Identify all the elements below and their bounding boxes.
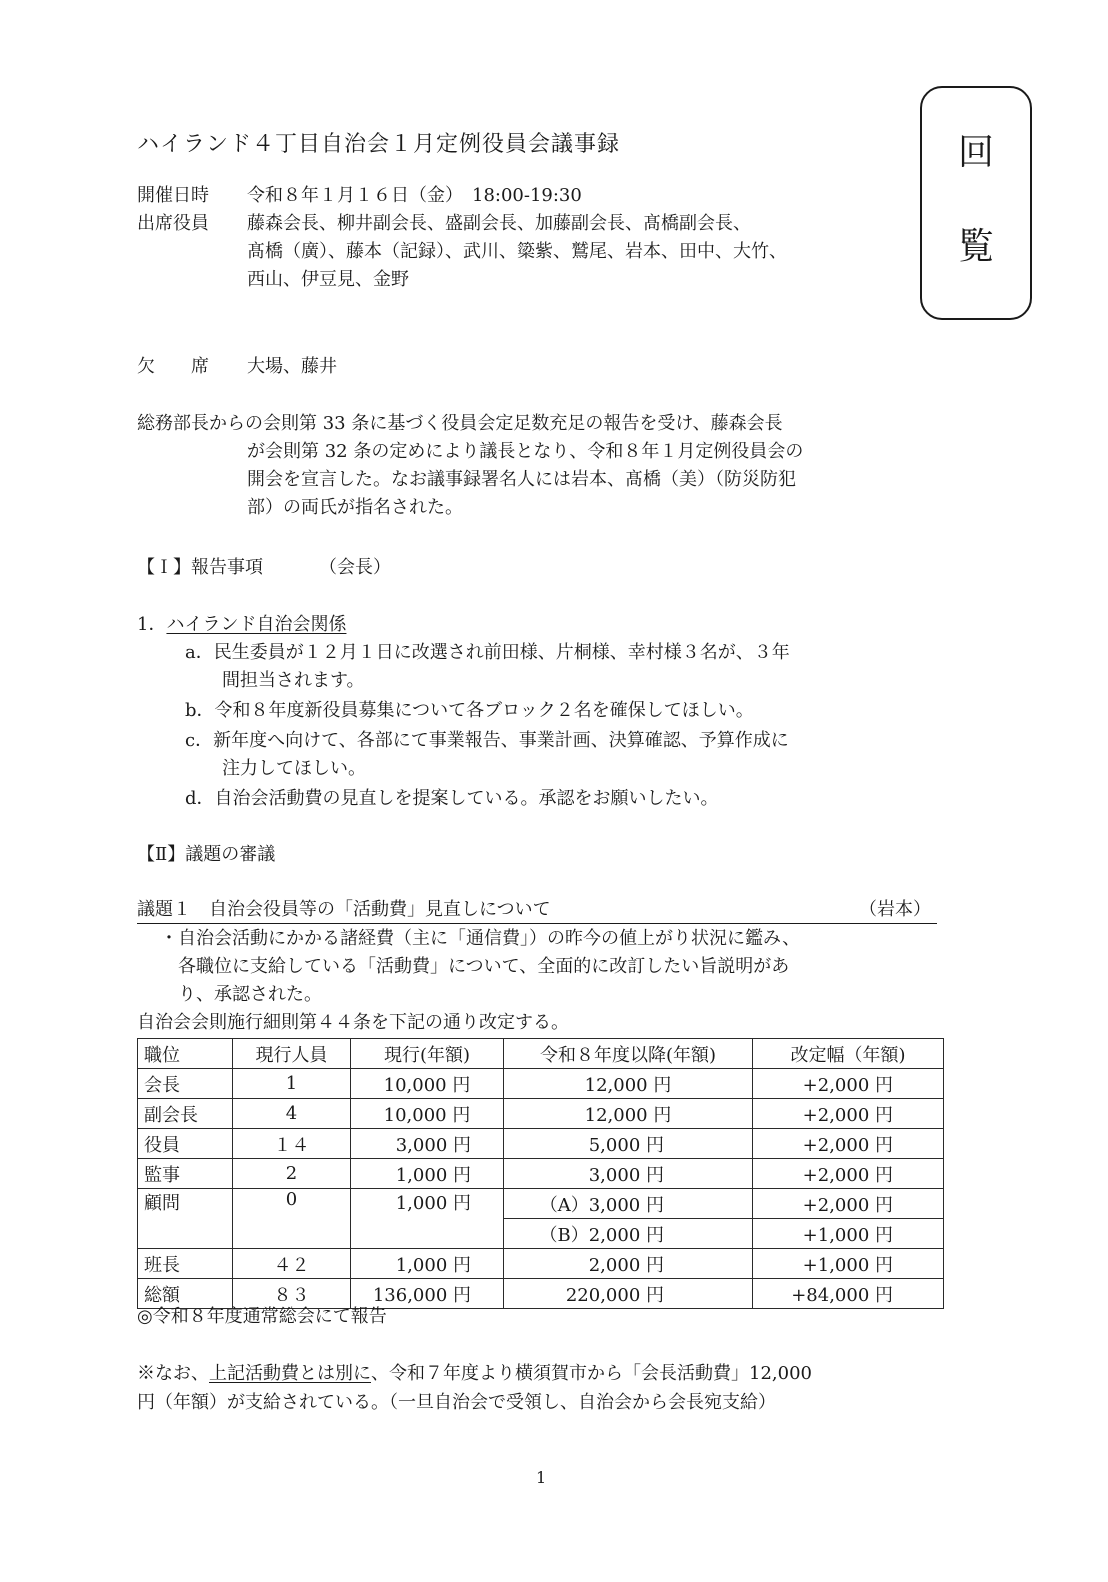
cell-count: １４ (233, 1129, 351, 1159)
after-table-note: ◎令和８年度通常総会にて報告 (137, 1305, 387, 1329)
subitem-a-line-2: 間担当されます。 (222, 669, 365, 693)
opening-line-3: 開会を宣言した。なお議事録署名人には岩本、髙橋（美）（防災防犯 (247, 468, 796, 492)
opening-line-2: が会則第 32 条の定めにより議長となり、令和８年１月定例役員会の (247, 440, 803, 464)
table-row: 監事 2 1,000 円 3,000 円 +2,000 円 (138, 1159, 944, 1189)
cell-new: （B）2,000 円 (504, 1219, 753, 1249)
agenda-1-title-row: 議題１ 自治会役員等の「活動費」見直しについて （岩本） (137, 898, 937, 924)
report-item-number: 1． (137, 614, 166, 635)
attendees-row: 出席役員藤森会長、柳井副会長、盛副会長、加藤副会長、髙橋副会長、 (137, 212, 751, 236)
cell-new: 12,000 円 (504, 1069, 753, 1099)
cell-diff: +1,000 円 (753, 1249, 944, 1279)
report-item-1: 1．ハイランド自治会関係 (137, 613, 346, 637)
cell-new: 5,000 円 (504, 1129, 753, 1159)
cell-current: 1,000 円 (351, 1249, 504, 1279)
agenda-1-presenter: （岩本） (859, 898, 931, 922)
activity-fee-table: 職位 現行人員 現行(年額) 令和８年度以降(年額) 改定幅（年額) 会長 1 … (137, 1038, 944, 1309)
cell-diff: +2,000 円 (753, 1069, 944, 1099)
cell-current: 1,000 円 (351, 1159, 504, 1189)
header-count: 現行人員 (233, 1039, 351, 1069)
cell-diff: +2,000 円 (753, 1099, 944, 1129)
note-line-2: 円（年額）が支給されている。（一旦自治会で受領し、自治会から会長宛支給） (137, 1391, 776, 1415)
table-row: 役員 １４ 3,000 円 5,000 円 +2,000 円 (138, 1129, 944, 1159)
table-row: 顧問 0 1,000 円 （A）3,000 円 +2,000 円 (138, 1189, 944, 1219)
cell-diff: +2,000 円 (753, 1189, 944, 1219)
cell-count: 0 (233, 1189, 351, 1249)
section1-presenter: （会長） (319, 557, 391, 578)
header-new: 令和８年度以降(年額) (504, 1039, 753, 1069)
cell-new: 3,000 円 (504, 1159, 753, 1189)
table-header-row: 職位 現行人員 現行(年額) 令和８年度以降(年額) 改定幅（年額) (138, 1039, 944, 1069)
subitem-c-line-2: 注力してほしい。 (222, 757, 366, 781)
report-item-title: ハイランド自治会関係 (166, 614, 346, 635)
attendees-label: 出席役員 (137, 212, 247, 236)
cell-position: 監事 (138, 1159, 233, 1189)
opening-line-1: 総務部長からの会則第 33 条に基づく役員会定足数充足の報告を受け、藤森会長 (137, 412, 783, 436)
absent-row: 欠 席大場、藤井 (137, 355, 337, 379)
agenda-bullet-line-1: ・自治会活動にかかる諸経費（主に「通信費」）の昨今の値上がり状況に鑑み、 (160, 927, 800, 951)
cell-current: 10,000 円 (351, 1069, 504, 1099)
header-position: 職位 (138, 1039, 233, 1069)
subitem-a: a．民生委員が１２月１日に改選され前田様、片桐様、幸村様３名が、３年 (185, 641, 790, 665)
cell-new: （A）3,000 円 (504, 1189, 753, 1219)
cell-position: 会長 (138, 1069, 233, 1099)
opening-line-4: 部）の両氏が指名された。 (247, 496, 463, 520)
note-prefix: ※なお、 (137, 1363, 209, 1384)
cell-new: 12,000 円 (504, 1099, 753, 1129)
date-value: 令和８年１月１６日（金） 18:00-19:30 (247, 185, 582, 206)
subitem-c-line-1: 新年度へ向けて、各部にて事業報告、事業計画、決算確認、予算作成に (213, 730, 789, 751)
cell-current: 10,000 円 (351, 1099, 504, 1129)
subitem-c-marker: c． (185, 730, 213, 751)
attendees-line-3: 西山、伊豆見、金野 (247, 268, 409, 292)
header-current: 現行(年額) (351, 1039, 504, 1069)
agenda-bullet-line-2: 各職位に支給している「活動費」について、全面的に改訂したい旨説明があ (178, 955, 789, 979)
cell-count: ８３ (233, 1279, 351, 1309)
agenda-bullet-line-3: り、承認された。 (178, 983, 322, 1007)
page-number: 1 (536, 1468, 546, 1487)
table-row: 班長 ４２ 1,000 円 2,000 円 +1,000 円 (138, 1249, 944, 1279)
cell-count: 2 (233, 1159, 351, 1189)
note-underlined: 上記活動費とは別に (209, 1363, 371, 1384)
cell-count: 4 (233, 1099, 351, 1129)
cell-diff: +2,000 円 (753, 1159, 944, 1189)
subitem-a-line-1: 民生委員が１２月１日に改選され前田様、片桐様、幸村様３名が、３年 (214, 642, 790, 663)
cell-current: 1,000 円 (351, 1189, 504, 1249)
subitem-b-marker: b． (185, 700, 215, 721)
stamp-char-2: 覧 (922, 218, 1030, 269)
header-diff: 改定幅（年額) (753, 1039, 944, 1069)
cell-count: ４２ (233, 1249, 351, 1279)
subitem-d-marker: d． (185, 788, 215, 809)
cell-position: 班長 (138, 1249, 233, 1279)
subitem-d-line-1: 自治会活動費の見直しを提案している。承認をお願いしたい。 (215, 788, 719, 809)
section2-heading: 【Ⅱ】議題の審議 (137, 843, 275, 867)
cell-current: 3,000 円 (351, 1129, 504, 1159)
table-total-row: 総額 ８３ 136,000 円 220,000 円 +84,000 円 (138, 1279, 944, 1309)
subitem-a-marker: a． (185, 642, 214, 663)
cell-current: 136,000 円 (351, 1279, 504, 1309)
table-row: 会長 1 10,000 円 12,000 円 +2,000 円 (138, 1069, 944, 1099)
note-line-1-rest: 、令和７年度より横須賀市から「会長活動費」12,000 (371, 1363, 812, 1384)
attendees-line-2: 髙橋（廣）、藤本（記録）、武川、簗紫、鷲尾、岩本、田中、大竹、 (247, 240, 787, 264)
date-label: 開催日時 (137, 184, 247, 208)
absent-label: 欠 席 (137, 355, 247, 379)
agenda-1-title: 議題１ 自治会役員等の「活動費」見直しについて (137, 899, 551, 920)
cell-new: 220,000 円 (504, 1279, 753, 1309)
note-line-1: ※なお、上記活動費とは別に、令和７年度より横須賀市から「会長活動費」12,000 (137, 1362, 812, 1386)
cell-diff: +1,000 円 (753, 1219, 944, 1249)
cell-new: 2,000 円 (504, 1249, 753, 1279)
table-row: 副会長 4 10,000 円 12,000 円 +2,000 円 (138, 1099, 944, 1129)
stamp-char-1: 回 (922, 124, 1030, 175)
subitem-b-line-1: 令和８年度新役員募集について各ブロック２名を確保してほしい。 (215, 700, 754, 721)
subitem-b: b．令和８年度新役員募集について各ブロック２名を確保してほしい。 (185, 699, 754, 723)
cell-position: 役員 (138, 1129, 233, 1159)
document-title: ハイランド４丁目自治会１月定例役員会議事録 (137, 127, 620, 158)
subitem-d: d．自治会活動費の見直しを提案している。承認をお願いしたい。 (185, 787, 719, 811)
cell-position: 顧問 (138, 1189, 233, 1249)
cell-position: 総額 (138, 1279, 233, 1309)
absent-value: 大場、藤井 (247, 356, 337, 377)
table-intro: 自治会会則施行細則第４４条を下記の通り改定する。 (137, 1011, 569, 1035)
cell-count: 1 (233, 1069, 351, 1099)
cell-diff: +2,000 円 (753, 1129, 944, 1159)
section1-heading: 【Ｉ】報告事項 (137, 557, 263, 578)
attendees-line-1: 藤森会長、柳井副会長、盛副会長、加藤副会長、髙橋副会長、 (247, 213, 751, 234)
circulation-stamp: 回 覧 (920, 86, 1032, 320)
section1-heading-row: 【Ｉ】報告事項（会長） (137, 556, 391, 580)
cell-position: 副会長 (138, 1099, 233, 1129)
cell-diff: +84,000 円 (753, 1279, 944, 1309)
subitem-c: c．新年度へ向けて、各部にて事業報告、事業計画、決算確認、予算作成に (185, 729, 789, 753)
meeting-date-row: 開催日時令和８年１月１６日（金） 18:00-19:30 (137, 184, 582, 208)
